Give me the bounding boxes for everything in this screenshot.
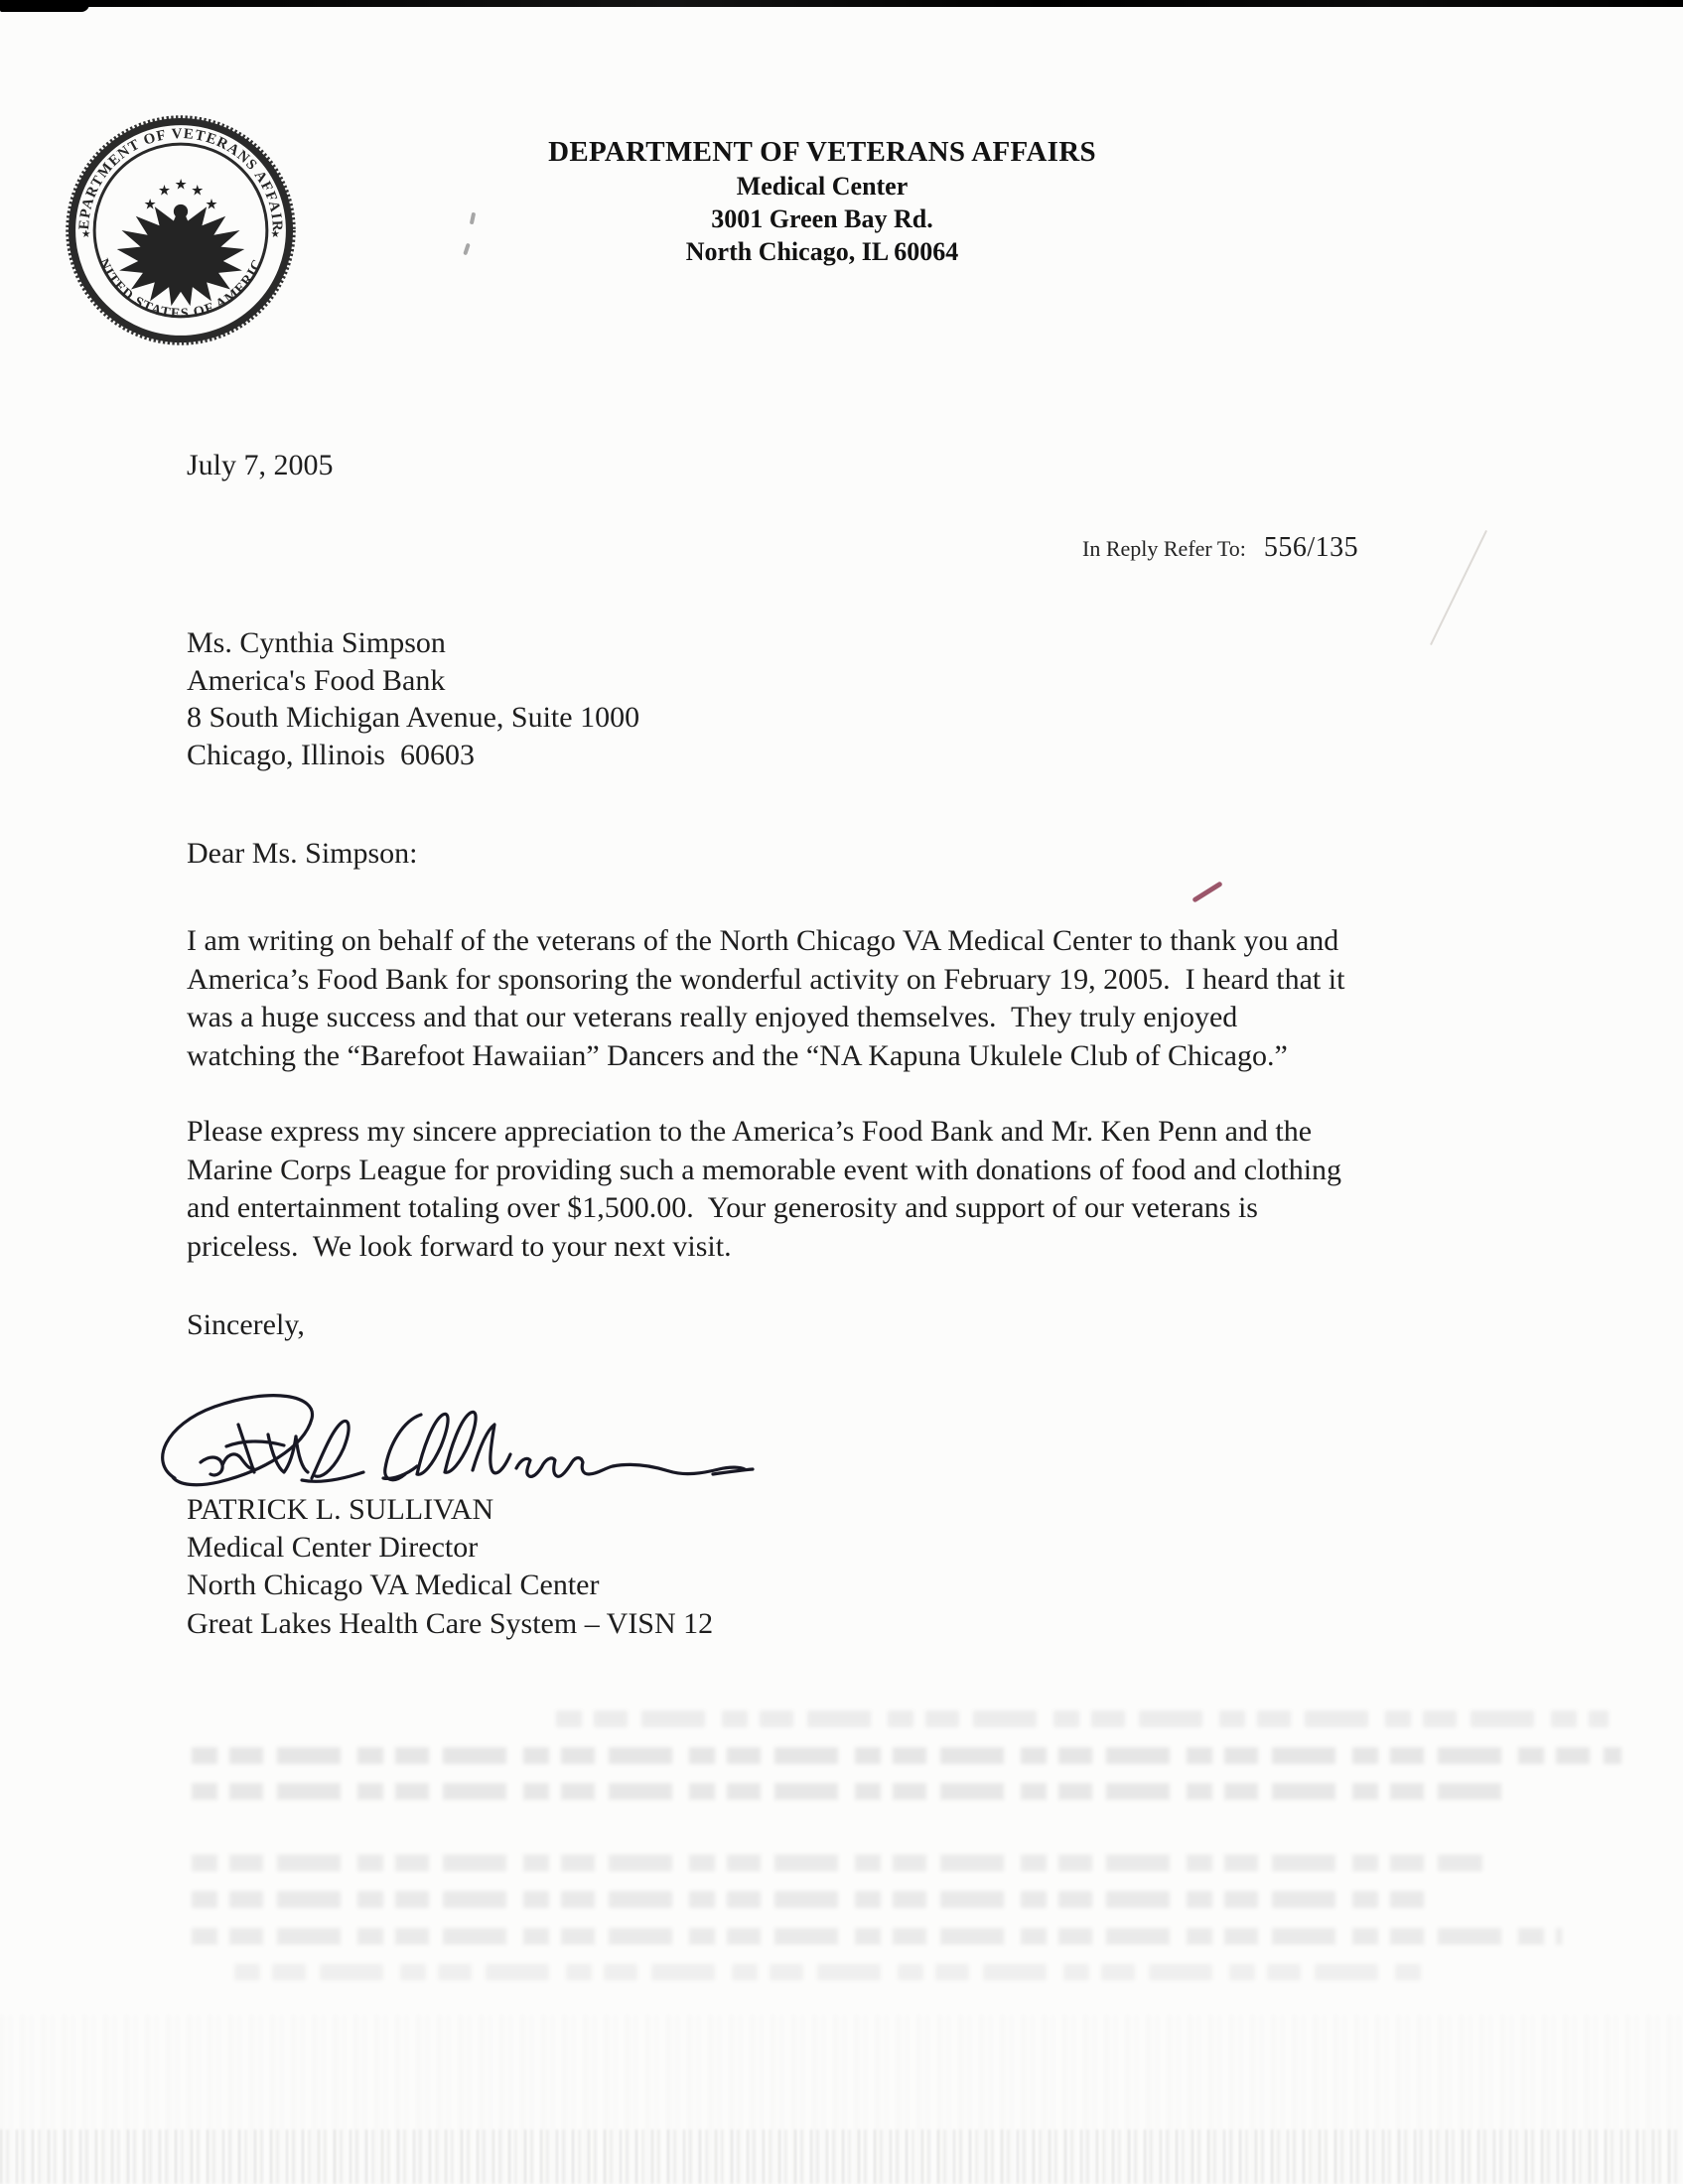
bleed-through-text [556, 1710, 1609, 1727]
recipient-address: Ms. Cynthia Simpson America's Food Bank … [187, 624, 639, 773]
bleed-through-text [192, 1747, 1621, 1764]
reference-line: In Reply Refer To: 556/135 [1082, 532, 1358, 564]
facility-name: Medical Center [475, 170, 1170, 203]
scan-bottom-noise [0, 2129, 1683, 2184]
svg-text:★: ★ [191, 183, 204, 199]
seal-left-star: ★ [81, 228, 91, 240]
scan-top-corner-blob [0, 0, 89, 12]
paragraph-line: and entertainment totaling over $1,500.0… [187, 1189, 1636, 1228]
paragraph-line: America’s Food Bank for sponsoring the w… [187, 961, 1636, 1000]
eagle-icon [117, 205, 245, 306]
scanned-letter-page: { "letterhead": { "agency": "DEPARTMENT … [0, 0, 1683, 2184]
paragraph-line: I am writing on behalf of the veterans o… [187, 922, 1636, 961]
body-paragraph-2: Please express my sincere appreciation t… [187, 1113, 1636, 1266]
bleed-through-text [192, 1928, 1562, 1945]
letter-date: July 7, 2005 [187, 449, 334, 482]
svg-text:★: ★ [158, 183, 171, 199]
seal-right-star: ★ [270, 228, 280, 240]
letterhead-street: 3001 Green Bay Rd. [475, 203, 1170, 235]
paragraph-line: Marine Corps League for providing such a… [187, 1152, 1636, 1190]
recipient-name: Ms. Cynthia Simpson [187, 624, 639, 662]
reference-label: In Reply Refer To: [1082, 536, 1246, 562]
letterhead: DEPARTMENT OF VETERANS AFFAIRS Medical C… [475, 135, 1170, 268]
scan-top-edge [0, 0, 1683, 7]
bleed-through-text [234, 1964, 1426, 1980]
svg-text:★: ★ [175, 177, 188, 193]
signer-organization: North Chicago VA Medical Center [187, 1567, 713, 1604]
signer-name: PATRICK L. SULLIVAN [187, 1491, 713, 1529]
scan-crease-mark [1430, 530, 1487, 645]
body-paragraph-1: I am writing on behalf of the veterans o… [187, 922, 1636, 1075]
signer-system: Great Lakes Health Care System – VISN 12 [187, 1605, 713, 1643]
recipient-city-state-zip: Chicago, Illinois 60603 [187, 737, 639, 774]
paragraph-line: priceless. We look forward to your next … [187, 1228, 1636, 1267]
svg-text:★: ★ [206, 198, 218, 213]
bleed-through-text [192, 1783, 1512, 1800]
recipient-street: 8 South Michigan Avenue, Suite 1000 [187, 699, 639, 737]
paragraph-line: Please express my sincere appreciation t… [187, 1113, 1636, 1152]
bleed-through-text [192, 1891, 1433, 1908]
reference-value: 556/135 [1264, 532, 1358, 564]
svg-text:★: ★ [144, 198, 157, 213]
scan-speck [463, 243, 471, 256]
va-seal-icon: DEPARTMENT OF VETERANS AFFAIRS UNITED ST… [63, 112, 299, 348]
recipient-organization: America's Food Bank [187, 662, 639, 700]
salutation: Dear Ms. Simpson: [187, 837, 418, 871]
agency-name: DEPARTMENT OF VETERANS AFFAIRS [475, 135, 1170, 170]
handwritten-signature [127, 1366, 822, 1497]
letterhead-city-state-zip: North Chicago, IL 60064 [475, 235, 1170, 268]
signature-block: PATRICK L. SULLIVAN Medical Center Direc… [187, 1491, 713, 1643]
bleed-through-text [192, 1854, 1482, 1871]
valediction: Sincerely, [187, 1308, 305, 1342]
paragraph-line: watching the “Barefoot Hawaiian” Dancers… [187, 1037, 1636, 1076]
paragraph-line: was a huge success and that our veterans… [187, 999, 1636, 1037]
signer-title: Medical Center Director [187, 1529, 713, 1567]
red-pen-mark [1192, 881, 1222, 902]
